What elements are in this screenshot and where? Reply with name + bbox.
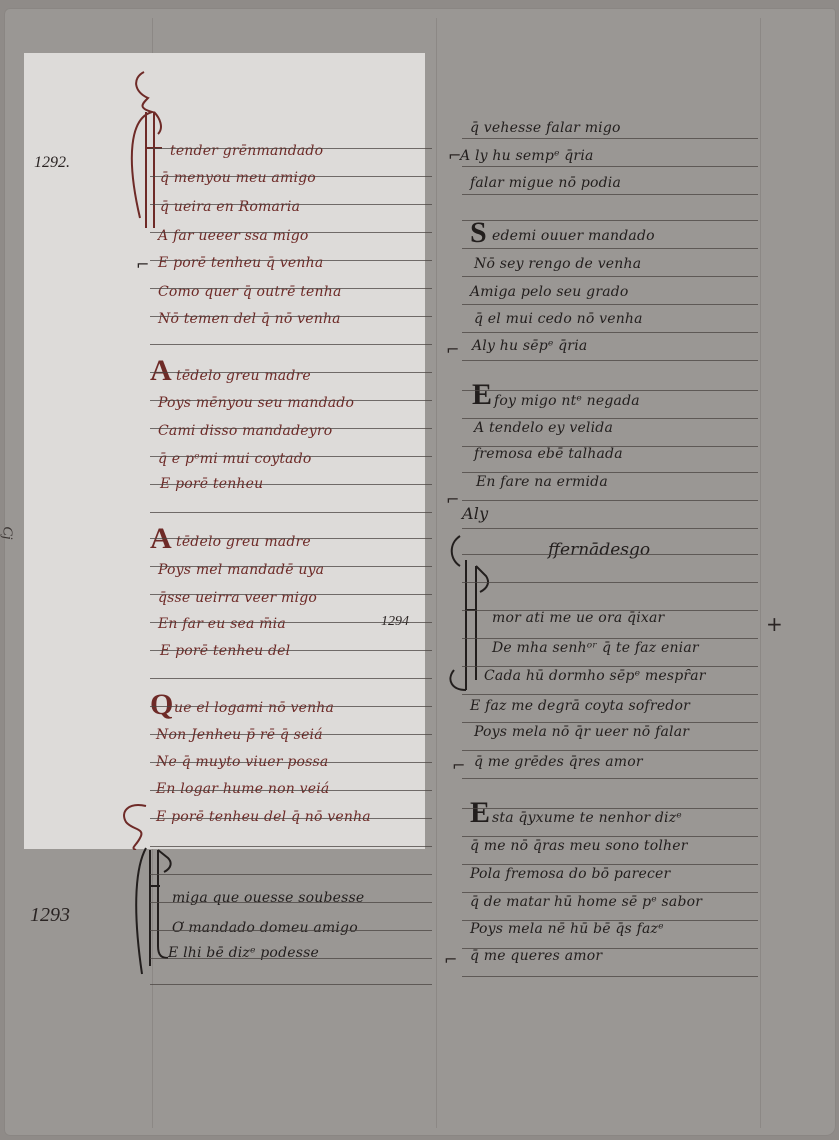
right-s5-line-1: sta q̄yxume te nenhor dizᵉ bbox=[492, 810, 682, 826]
edge-fragment: Cj bbox=[0, 526, 15, 539]
ruled-line bbox=[150, 734, 432, 735]
ruled-line bbox=[150, 594, 432, 595]
ruled-line bbox=[462, 194, 758, 195]
ruled-line bbox=[150, 316, 432, 317]
ruled-line bbox=[462, 418, 758, 419]
ruled-line bbox=[150, 958, 432, 959]
initial-letter: S bbox=[470, 218, 487, 248]
ruled-line bbox=[150, 512, 432, 513]
ruled-line bbox=[150, 428, 432, 429]
right-s3-line-3: fremosa ebē talhada bbox=[474, 446, 623, 462]
ruled-line bbox=[462, 500, 758, 501]
right-s2-line-5: Aly hu sēpᵉ q̄ria bbox=[472, 338, 587, 354]
left-s1-line-5: E porē tenheu q̄ venha bbox=[158, 255, 323, 271]
right-s4-line-6: q̄ me grēdes q̄res amor bbox=[474, 754, 643, 770]
ruled-line bbox=[462, 722, 758, 723]
ruled-line bbox=[462, 808, 758, 809]
ruled-line bbox=[462, 694, 758, 695]
ruled-line bbox=[462, 976, 758, 977]
left-s3-line-5: E porē tenheu del bbox=[160, 643, 290, 659]
ruled-line bbox=[462, 778, 758, 779]
ruled-line bbox=[462, 528, 758, 529]
left-s4-line-5: E porē tenheu del q̄ nō venha bbox=[156, 809, 371, 825]
right-s1-line-1: q̄ vehesse falar migo bbox=[470, 120, 621, 136]
ruled-line bbox=[150, 344, 432, 345]
ruled-line bbox=[462, 864, 758, 865]
flourish-icon bbox=[116, 802, 152, 850]
ruled-line bbox=[462, 582, 758, 583]
left-s3-line-4: En far eu sea m̄ia bbox=[158, 616, 286, 632]
ruled-line bbox=[462, 304, 758, 305]
ruled-line bbox=[462, 220, 758, 221]
ruled-line bbox=[150, 622, 432, 623]
ruled-line bbox=[462, 638, 758, 639]
ruled-line bbox=[150, 400, 432, 401]
left-s2-line-4: q̄ e pᵉmi mui coytado bbox=[158, 451, 312, 467]
ruled-line bbox=[462, 892, 758, 893]
ruled-line bbox=[150, 706, 432, 707]
margin-number-1292: 1292. bbox=[34, 154, 70, 172]
initial-letter: E bbox=[470, 798, 490, 828]
margin-cross-icon: + bbox=[766, 612, 783, 636]
left-s1-line-2: q̄ menyou meu amigo bbox=[160, 170, 316, 186]
ruled-line bbox=[462, 750, 758, 751]
right-s5-line-4: q̄ de matar hū home sē pᵉ sabor bbox=[470, 894, 702, 910]
ruled-line bbox=[150, 678, 432, 679]
ruled-line bbox=[462, 360, 758, 361]
ruled-line bbox=[462, 920, 758, 921]
right-s3-line-5: Aly bbox=[462, 506, 488, 522]
left-s5-line-2: Ơ mandado domeu amigo bbox=[172, 920, 358, 936]
ruled-line bbox=[150, 818, 432, 819]
ruled-line bbox=[150, 790, 432, 791]
left-s2-line-1: tēdelo greu madre bbox=[176, 368, 311, 384]
ruled-line bbox=[462, 666, 758, 667]
bracket-mark-icon: ⌐ bbox=[448, 146, 461, 165]
ruled-line bbox=[150, 930, 432, 931]
left-s2-line-2: Poys mēnyou seu mandado bbox=[158, 395, 354, 411]
right-s4-line-2: De mha senhᵒʳ q̄ te faz eniar bbox=[492, 640, 699, 656]
right-s2-line-4: q̄ el mui cedo nō venha bbox=[474, 311, 643, 327]
ruled-line bbox=[150, 874, 432, 875]
left-s1-line-3: q̄ ueira en Romaria bbox=[160, 199, 300, 215]
ruled-line bbox=[150, 538, 432, 539]
right-s2-line-1: edemi ouuer mandado bbox=[492, 228, 655, 244]
right-s1-line-2: A ly hu sempᵉ q̄ria bbox=[460, 148, 594, 164]
initial-letter: E bbox=[472, 380, 492, 410]
left-s4-line-1: ue el logami nō venha bbox=[174, 700, 334, 716]
poet-heading: ffernādesgo bbox=[548, 540, 650, 560]
ruled-line bbox=[462, 276, 758, 277]
initial-letter: A bbox=[150, 524, 172, 554]
bracket-mark-icon: ⌐ bbox=[136, 255, 149, 274]
right-s4-line-4: E faz me degrā coyta sofredor bbox=[470, 698, 690, 714]
right-s4-line-1: mor ati me ue ora q̄ixar bbox=[492, 610, 664, 626]
bracket-mark-icon: ⌐ bbox=[446, 340, 459, 359]
bracket-mark-icon: ⌐ bbox=[446, 490, 459, 509]
left-s2-line-3: Cami disso mandadeyro bbox=[158, 423, 332, 439]
right-s3-line-4: En fare na ermida bbox=[476, 474, 608, 490]
bracket-mark-icon: ⌐ bbox=[444, 950, 457, 969]
ruled-line bbox=[150, 204, 432, 205]
ruled-line bbox=[150, 148, 432, 149]
ruled-line bbox=[462, 166, 758, 167]
initial-letter: A bbox=[150, 356, 172, 386]
left-s1-line-6: Como quer q̄ outrē tenha bbox=[158, 284, 342, 300]
margin-number-1293: 1293 bbox=[30, 904, 70, 927]
ruled-line bbox=[462, 472, 758, 473]
right-s3-line-2: A tendelo ey velida bbox=[474, 420, 613, 436]
ruled-line bbox=[462, 610, 758, 611]
ruled-line bbox=[462, 390, 758, 391]
right-s3-line-1: foy migo ntᵉ negada bbox=[494, 393, 640, 409]
ruled-line bbox=[462, 836, 758, 837]
ruled-line bbox=[150, 232, 432, 233]
ruled-line bbox=[150, 566, 432, 567]
left-s4-line-4: En logar hume non veiá bbox=[156, 781, 329, 797]
ruled-line bbox=[462, 948, 758, 949]
ruled-line bbox=[150, 456, 432, 457]
ruled-line bbox=[150, 846, 432, 847]
left-s3-line-2: Poys mel mandadē uya bbox=[158, 562, 324, 578]
ruled-line bbox=[150, 288, 432, 289]
ruling-vertical-right bbox=[760, 18, 761, 1128]
ruled-line bbox=[150, 902, 432, 903]
ruled-line bbox=[462, 248, 758, 249]
right-s2-line-2: Nō sey rengo de venha bbox=[474, 256, 641, 272]
ruled-line bbox=[150, 984, 432, 985]
left-s3-line-1: tēdelo greu madre bbox=[176, 534, 311, 550]
ruled-line bbox=[462, 554, 758, 555]
right-s2-line-3: Amiga pelo seu grado bbox=[470, 284, 629, 300]
initial-letter: Q bbox=[150, 690, 173, 720]
ruling-vertical-center bbox=[436, 18, 437, 1128]
right-s5-line-2: q̄ me nō q̄ras meu sono tolher bbox=[470, 838, 688, 854]
right-s4-line-3: Cada hū dormho sēpᵉ mespȓar bbox=[484, 668, 706, 684]
ruled-line bbox=[150, 650, 432, 651]
right-s5-line-6: q̄ me queres amor bbox=[470, 948, 602, 964]
ruled-line bbox=[150, 484, 432, 485]
right-s4-line-5: Poys mela nō q̄r ueer nō falar bbox=[474, 724, 689, 740]
right-s1-line-3: falar migue nō podia bbox=[470, 175, 621, 191]
left-s5-line-1: miga que ouesse soubesse bbox=[172, 890, 364, 906]
ruled-line bbox=[462, 138, 758, 139]
right-s5-line-5: Poys mela nē hū bē q̄s fazᵉ bbox=[470, 921, 664, 937]
ruled-line bbox=[150, 372, 432, 373]
left-s4-line-2: Non Jenheu p̄ rē q̄ seiá bbox=[156, 727, 323, 743]
left-s1-line-7: Nō temen del q̄ nō venha bbox=[158, 311, 341, 327]
ruled-line bbox=[462, 446, 758, 447]
left-s1-line-4: A far ueeer ssa migo bbox=[158, 228, 309, 244]
left-s1-line-1: tender grēnmandado bbox=[170, 143, 323, 159]
bracket-mark-icon: ⌐ bbox=[452, 756, 465, 775]
right-s5-line-3: Pola fremosa do bō parecer bbox=[470, 866, 670, 882]
ruled-line bbox=[150, 762, 432, 763]
left-s3-line-3: q̄sse ueirra veer migo bbox=[158, 590, 317, 606]
ruled-line bbox=[462, 332, 758, 333]
ruled-line bbox=[150, 260, 432, 261]
ruled-line bbox=[150, 176, 432, 177]
